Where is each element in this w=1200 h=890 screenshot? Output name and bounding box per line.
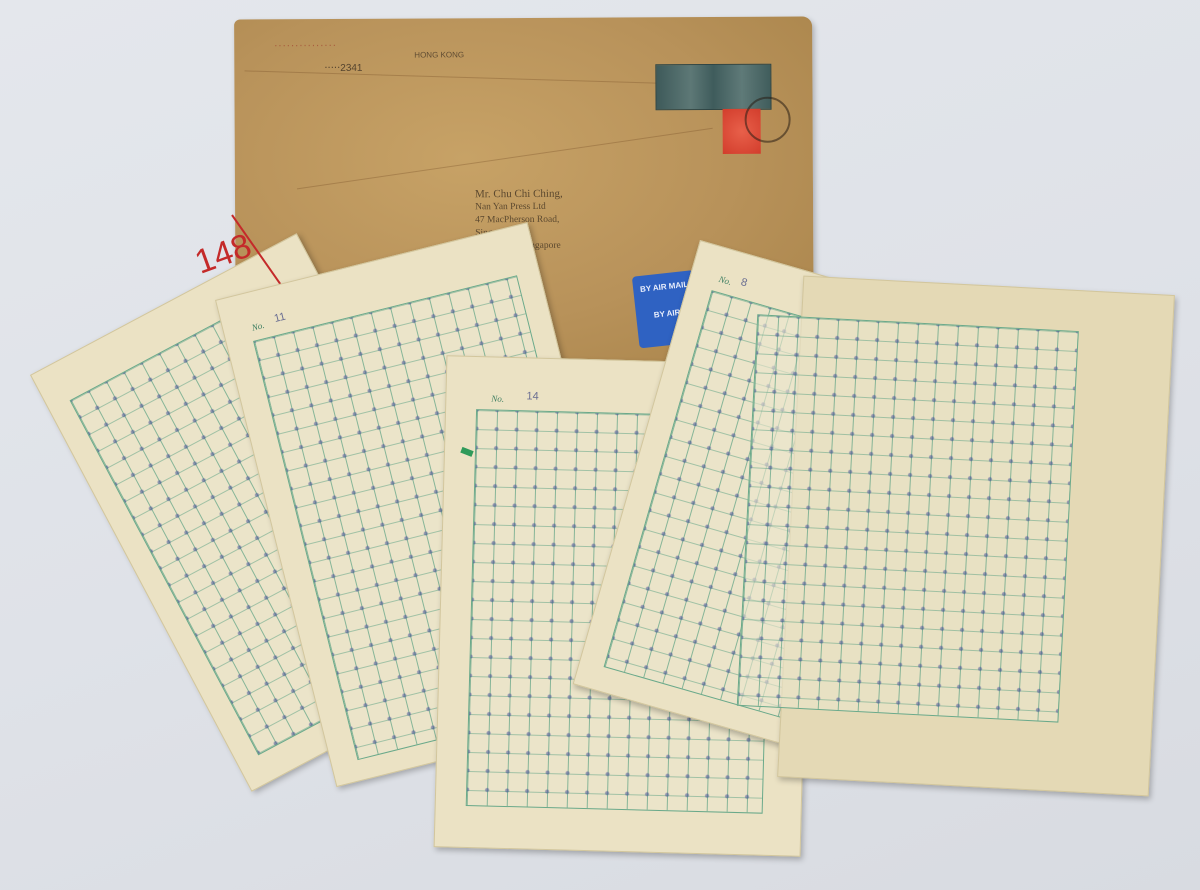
manuscript-sheet	[777, 276, 1175, 797]
sheet-number-value: 8	[739, 276, 748, 289]
recipient-line: Mr. Chu Chi Ching,	[475, 188, 563, 201]
handwriting	[738, 315, 1078, 721]
sender-phone: ‧‧‧‧‧2341	[324, 63, 362, 74]
postmark	[744, 97, 790, 143]
sender-location: HONG KONG	[414, 50, 464, 59]
sheet-number-label: No.	[491, 393, 504, 403]
green-clip-mark	[460, 447, 473, 457]
sheet-number-value: 11	[273, 311, 287, 325]
sheet-number-label: No.	[718, 274, 733, 287]
recipient-line: Nan Yan Press Ltd	[475, 201, 563, 214]
sheet-number-value: 14	[526, 390, 539, 402]
sender-name: ‧‧‧‧‧‧‧‧‧‧‧‧‧‧‧	[274, 41, 337, 52]
envelope-crease	[297, 128, 713, 190]
manuscript-grid	[737, 314, 1079, 722]
sheet-number-label: No.	[251, 320, 266, 333]
